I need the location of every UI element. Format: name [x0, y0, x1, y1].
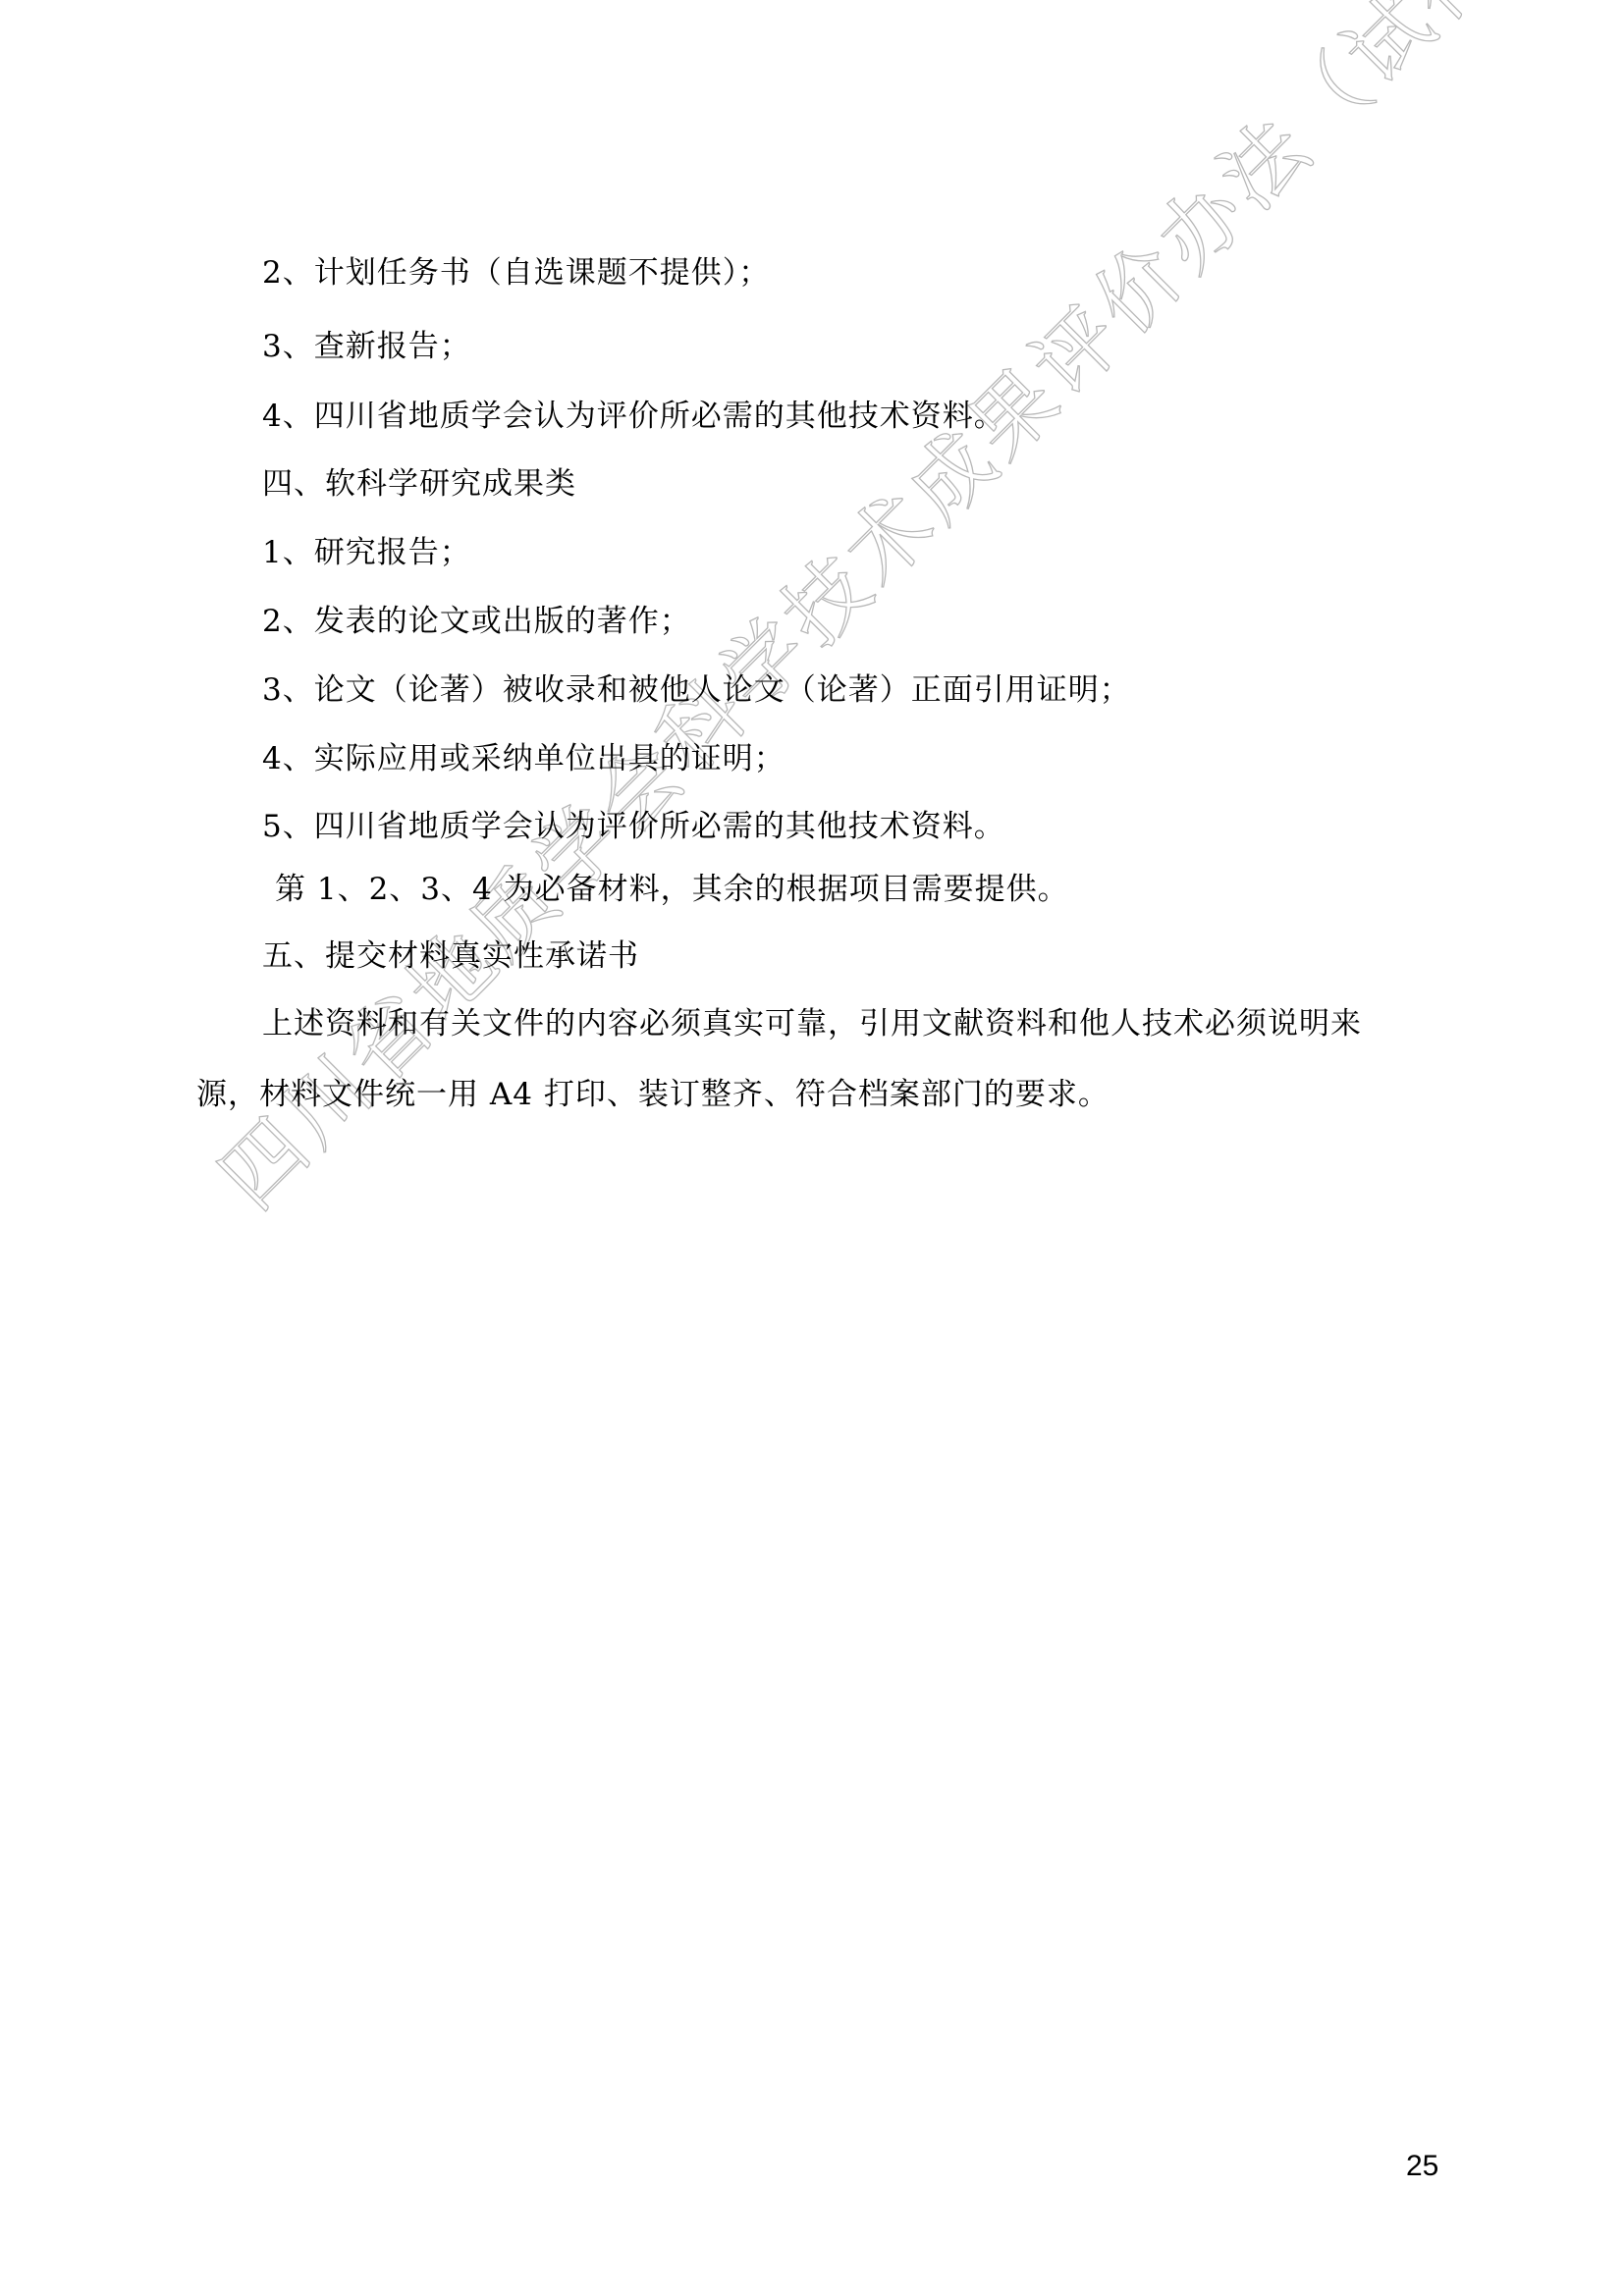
paragraph-authenticity-line-1: 上述资料和有关文件的内容必须真实可靠，引用文献资料和他人技术必须说明来: [262, 1004, 1362, 1043]
section-heading-authenticity-pledge: 五、提交材料真实性承诺书: [262, 936, 639, 976]
section-heading-soft-science: 四、软科学研究成果类: [262, 464, 576, 504]
paragraph-authenticity-line-2: 源，材料文件统一用 A4 打印、装订整齐、符合档案部门的要求。: [196, 1075, 1110, 1114]
list-item-citation-proof: 3、论文（论著）被收录和被他人论文（论著）正面引用证明；: [262, 670, 1131, 710]
list-item-plan-task-book: 2、计划任务书（自选课题不提供）；: [262, 253, 770, 293]
list-item-research-report: 1、研究报告；: [262, 533, 471, 572]
list-item-papers-works: 2、发表的论文或出版的著作；: [262, 602, 691, 641]
required-materials-note: 第 1、2、3、4 为必备材料，其余的根据项目需要提供。: [275, 870, 1069, 909]
list-item-application-proof: 4、实际应用或采纳单位出具的证明；: [262, 739, 785, 778]
list-item-novelty-report: 3、查新报告；: [262, 327, 471, 366]
document-page: 四川省地质学会科学技术成果评价办法（试行） 2、计划任务书（自选课题不提供）； …: [0, 0, 1624, 2296]
list-item-other-materials: 4、四川省地质学会认为评价所必需的其他技术资料。: [262, 397, 1005, 436]
page-number: 25: [1406, 2150, 1438, 2183]
list-item-other-technical-materials: 5、四川省地质学会认为评价所必需的其他技术资料。: [262, 807, 1005, 846]
